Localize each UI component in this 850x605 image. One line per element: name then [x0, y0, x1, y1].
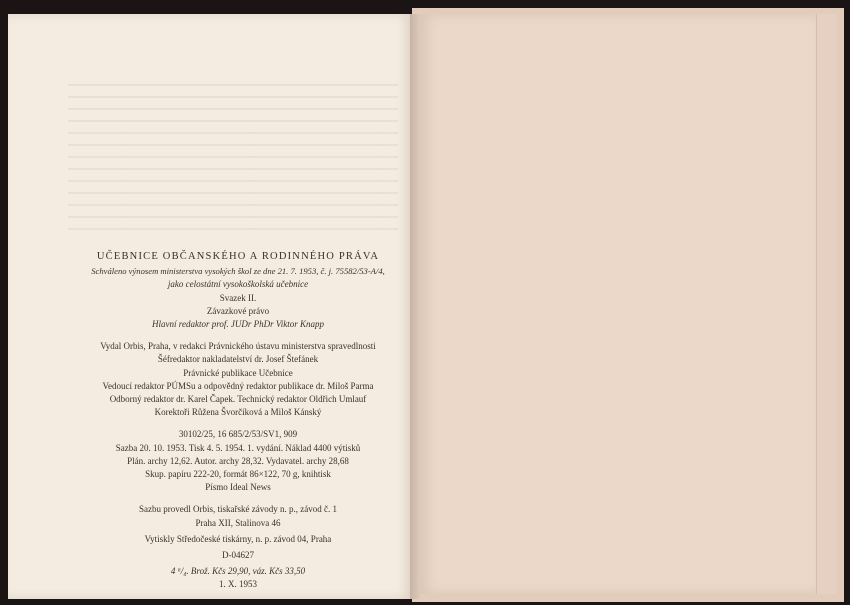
publisher-line: Šéfredaktor nakladatelství dr. Josef Šte…	[68, 353, 408, 366]
publisher-line: Vydal Orbis, Praha, v redakci Právnickéh…	[68, 340, 408, 353]
show-through-text	[68, 84, 398, 234]
colophon: UČEBNICE OBČANSKÉHO A RODINNÉHO PRÁVA Sc…	[68, 250, 408, 592]
right-page-edge	[816, 14, 837, 594]
approval-line-1: Schváleno výnosem ministerstva vysokých …	[68, 265, 408, 278]
volume: Svazek II.	[68, 292, 408, 305]
print-line: Skup. papíru 222-20, formát 86×122, 70 g…	[68, 468, 408, 481]
book-gutter	[410, 14, 420, 599]
publisher-line: Vedoucí redaktor PÚMSu a odpovědný redak…	[68, 380, 408, 393]
catalog-code: D-04627	[68, 549, 408, 562]
print-line: Písmo Ideal News	[68, 481, 408, 494]
chief-editor: Hlavní redaktor prof. JUDr PhDr Viktor K…	[68, 318, 408, 331]
publisher-line: Právnické publikace Učebnice	[68, 367, 408, 380]
right-page-blank	[418, 14, 816, 594]
date: 1. X. 1953	[68, 578, 408, 591]
print-line: Sazba 20. 10. 1953. Tisk 4. 5. 1954. 1. …	[68, 442, 408, 455]
publisher-line: Korektoři Růžena Švorčíková a Miloš Káns…	[68, 406, 408, 419]
volume-title: Závazkové právo	[68, 305, 408, 318]
printer-line: Vytiskly Středočeské tiskárny, n. p. záv…	[68, 533, 408, 546]
left-page: UČEBNICE OBČANSKÉHO A RODINNÉHO PRÁVA Sc…	[8, 14, 412, 599]
publisher-line: Odborný redaktor dr. Karel Čapek. Techni…	[68, 393, 408, 406]
price: 4 ⁶/₄. Brož. Kčs 29,90, váz. Kčs 33,50	[68, 565, 408, 578]
print-line: 30102/25, 16 685/2/53/SV1, 909	[68, 428, 408, 441]
print-line: Plán. archy 12,62. Autor. archy 28,32. V…	[68, 455, 408, 468]
printer-line: Sazbu provedl Orbis, tiskařské závody n.…	[68, 503, 408, 516]
book-title: UČEBNICE OBČANSKÉHO A RODINNÉHO PRÁVA	[68, 250, 408, 263]
approval-line-2: jako celostátní vysokoškolská učebnice	[68, 278, 408, 291]
printer-line: Praha XII, Stalinova 46	[68, 517, 408, 530]
